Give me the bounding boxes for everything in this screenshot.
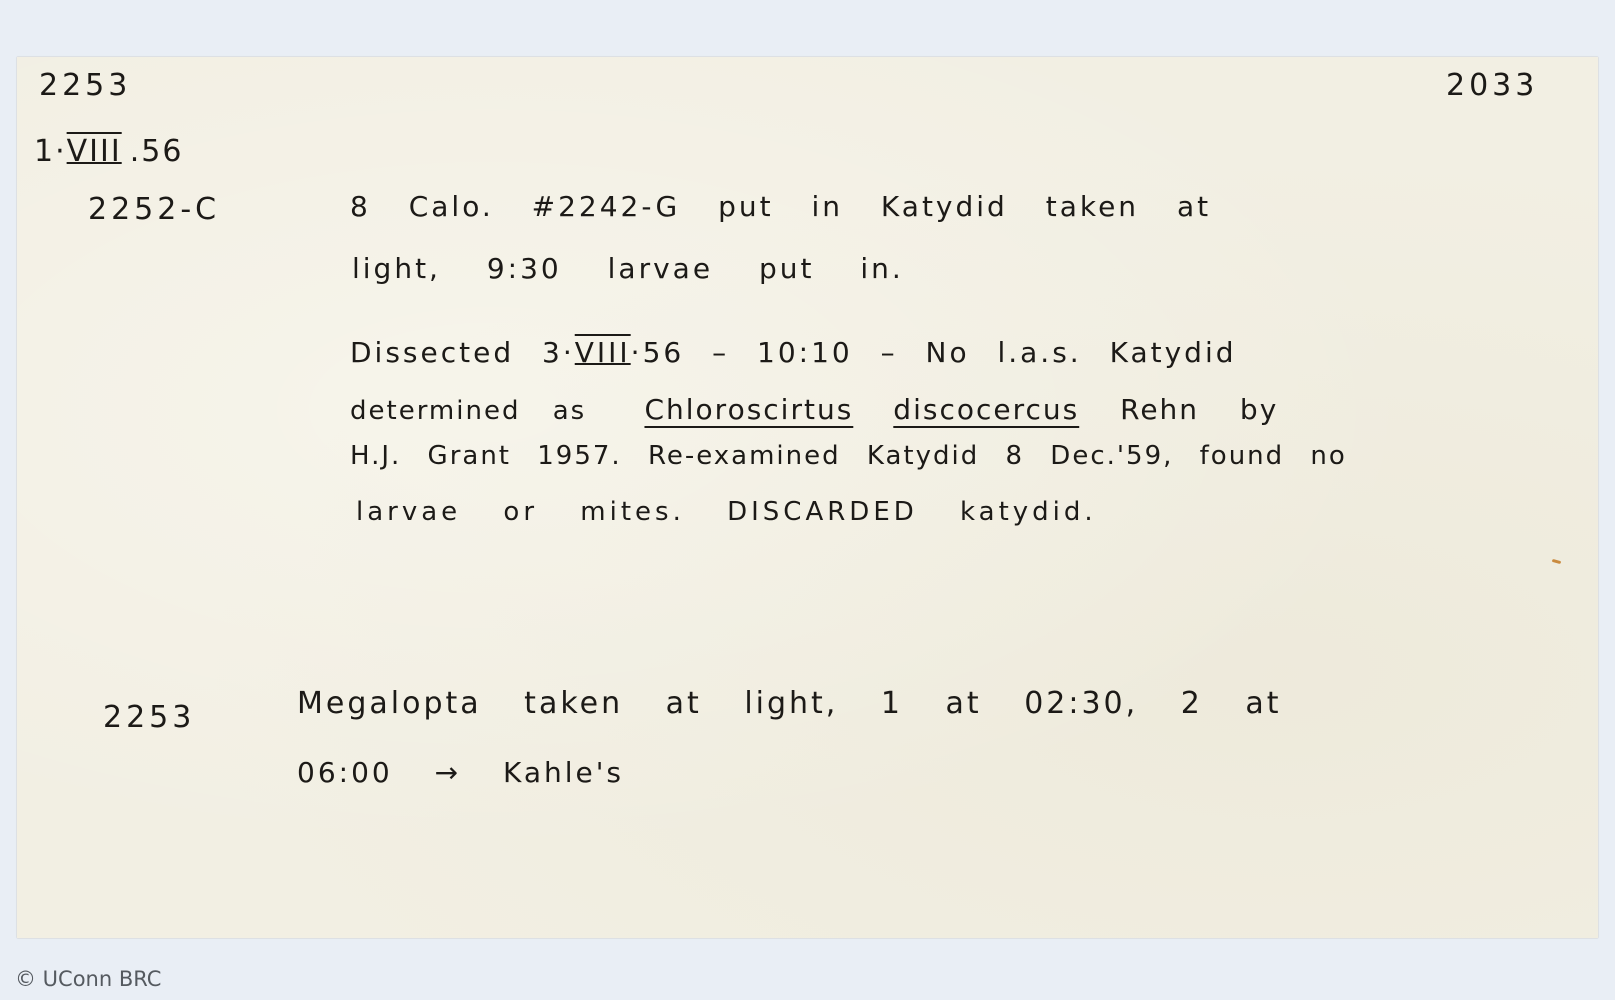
entry-1-notes-line-1: Dissected 3·VIII·56 – 10:10 – No l.a.s. … [350,336,1237,369]
notes-determined-suffix: Rehn by [1079,393,1278,426]
notes-dissected-suffix: ·56 – 10:10 – No l.a.s. Katydid [631,336,1237,369]
card-number-top-right: 2033 [1446,68,1538,103]
date-month-roman: VIII [67,134,122,169]
entry-2-id: 2253 [103,700,195,735]
entry-2-line-1: Megalopta taken at light, 1 at 02:30, 2 … [297,686,1282,721]
date-year: .56 [130,134,184,169]
entry-1-id: 2252-C [88,192,220,227]
notes-month-roman: VIII [575,336,631,369]
entry-1-notes-line-4: larvae or mites. DISCARDED katydid. [356,497,1097,527]
entry-1-notes-line-3: H.J. Grant 1957. Re-examined Katydid 8 D… [350,441,1347,471]
entry-1-line-2: light, 9:30 larvae put in. [352,252,904,285]
entry-2-line-2: 06:00 → Kahle's [297,756,624,789]
notes-dissected-prefix: Dissected 3· [350,336,575,369]
notes-species: discocercus [893,393,1079,426]
notes-genus: Chloroscirtus [644,393,853,426]
entry-1-line-1: 8 Calo. #2242-G put in Katydid taken at [350,190,1211,223]
notes-determined-prefix: determined as [350,396,618,426]
copyright-notice: © UConn BRC [15,967,161,991]
card-date: 1·VIII.56 [34,134,183,169]
date-day: 1· [34,134,67,169]
card-number-top-left: 2253 [39,68,131,103]
entry-1-notes-line-2: determined as Chloroscirtusdiscocercus R… [350,393,1278,426]
